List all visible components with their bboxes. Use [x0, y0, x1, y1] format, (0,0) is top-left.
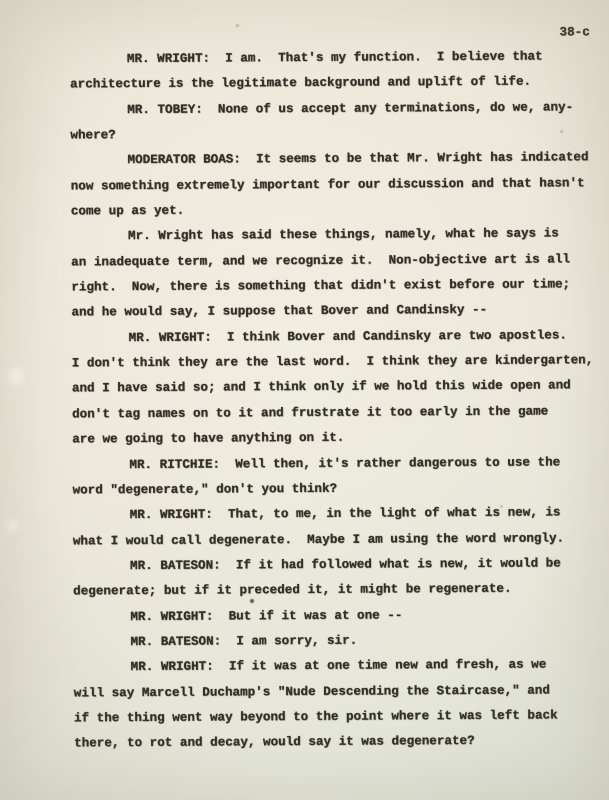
- transcript-line: an inadequate term, and we recognize it.…: [71, 247, 592, 276]
- transcript-line: now something extremely important for ou…: [71, 171, 592, 200]
- transcript-body: MR. WRIGHT: I am. That's my function. I …: [70, 44, 595, 757]
- page-number: 38-c: [559, 25, 589, 39]
- transcript-line: will say Marcell Duchamp's "Nude Descend…: [74, 678, 595, 707]
- transcript-line: there, to rot and decay, would say it wa…: [74, 729, 595, 758]
- transcript-line: MR. BATESON: If it had followed what is …: [73, 551, 594, 580]
- transcript-line: come up as yet.: [71, 196, 592, 225]
- transcript-line: MR. RITCHIE: Well then, it's rather dang…: [72, 450, 593, 479]
- transcript-line: MR. WRIGHT: I am. That's my function. I …: [70, 44, 591, 73]
- transcript-line: what I would call degenerate. Maybe I am…: [73, 526, 594, 555]
- transcript-line: I don't think they are the last word. I …: [72, 348, 593, 377]
- transcript-line: Mr. Wright has said these things, namely…: [71, 222, 592, 251]
- transcript-line: and I have said so; and I think only if …: [72, 374, 593, 403]
- transcript-line: degenerate; but if it preceded it, it mi…: [73, 576, 594, 605]
- transcript-line: MR. WRIGHT: If it was at one time new an…: [74, 652, 595, 681]
- transcript-line: architecture is the legitimate backgroun…: [70, 70, 591, 99]
- transcript-line: where?: [70, 120, 591, 149]
- transcript-line: MR. WRIGHT: I think Bover and Candinsky …: [72, 323, 593, 352]
- transcript-line: and he would say, I suppose that Bover a…: [71, 298, 592, 327]
- transcript-line: right. Now, there is something that didn…: [71, 272, 592, 301]
- typewritten-sheet: 38-c MR. WRIGHT: I am. That's my functio…: [0, 0, 609, 800]
- transcript-line: MR. WRIGHT: That, to me, in the light of…: [73, 500, 594, 529]
- transcript-line: MR. BATESON: I am sorry, sir.: [73, 627, 594, 656]
- transcript-line: MODERATOR BOAS: It seems to be that Mr. …: [70, 146, 591, 175]
- transcript-line: MR. WRIGHT: But if it was at one --: [73, 602, 594, 631]
- scanned-transcript-page: 38-c MR. WRIGHT: I am. That's my functio…: [0, 0, 609, 800]
- transcript-line: MR. TOBEY: None of us accept any termina…: [70, 95, 591, 124]
- transcript-line: are we going to have anything on it.: [72, 424, 593, 453]
- transcript-line: don't tag names on to it and frustrate i…: [72, 399, 593, 428]
- transcript-line: word "degenerate," don't you think?: [72, 475, 593, 504]
- transcript-line: if the thing went way beyond to the poin…: [74, 703, 595, 732]
